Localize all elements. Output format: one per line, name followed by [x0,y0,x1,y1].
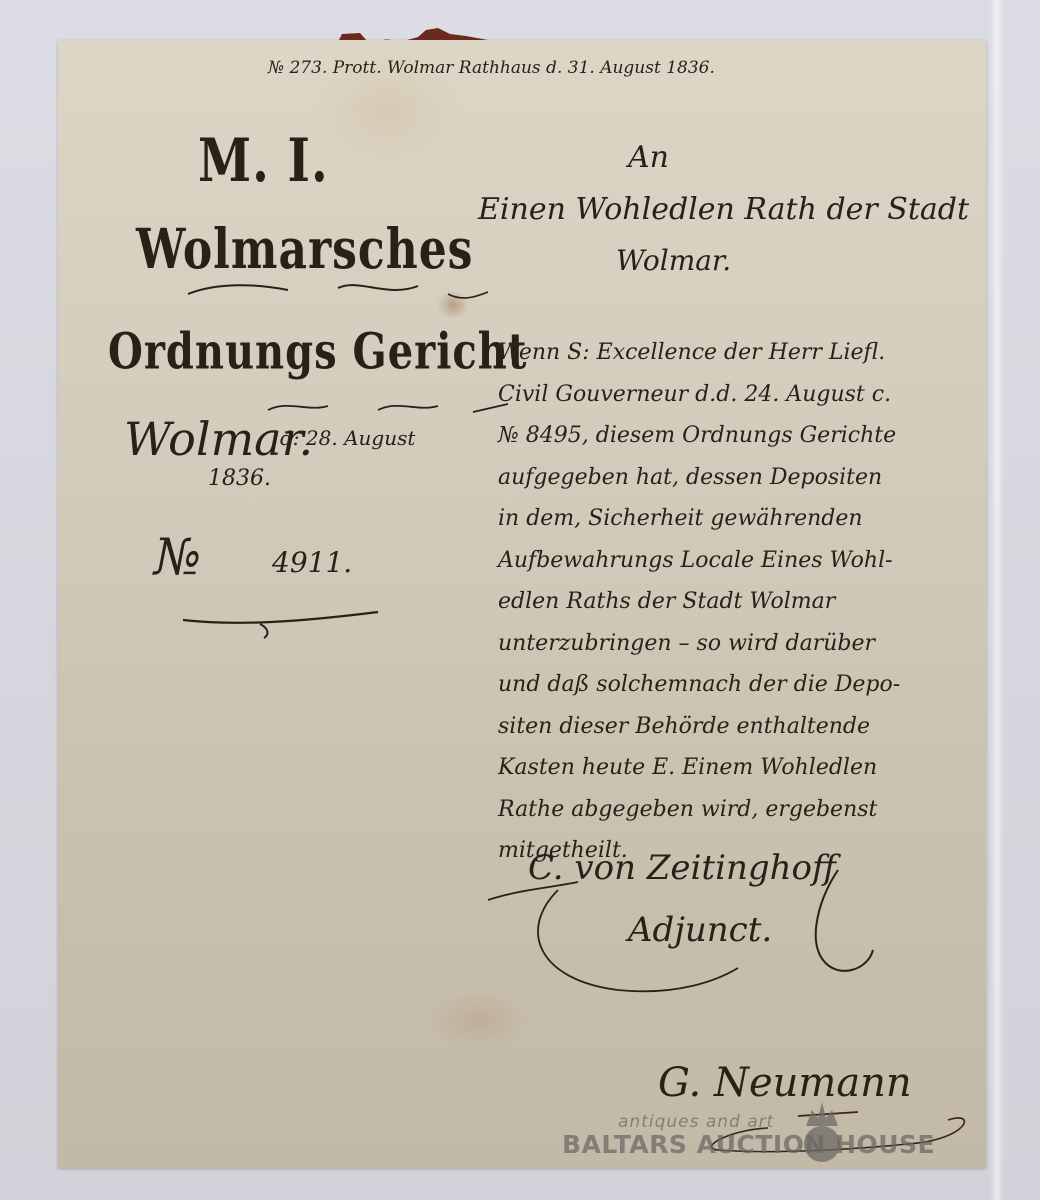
document-page: № 273. Prott. Wolmar Rathhaus d. 31. Aug… [58,40,986,1168]
body-line: Rathe abgegeben wird, ergebenst [498,797,998,839]
body-line: aufgegeben hat, dessen Depositen [498,465,998,507]
flourish-underline [178,610,388,640]
addressee-line-2: Wolmar. [616,244,731,277]
letterhead-number-sign: № [154,528,201,586]
letterhead-date: d: 28. August [280,426,415,450]
letterhead-year: 1836. [208,466,271,491]
body-line: Aufbewahrungs Locale Eines Wohl- [498,548,998,590]
signature-title-adjunct: Adjunct. [628,910,772,950]
signature-zeitinghoff: C. von Zeitinghoff [528,848,836,888]
letter-body: Wenn S: Excellence der Herr Liefl. Civil… [498,340,998,880]
body-line: siten dieser Behörde enthaltende [498,714,998,756]
body-line: Wenn S: Excellence der Herr Liefl. [498,340,998,382]
body-line: und daß solchemnach der die Depo- [498,672,998,714]
addressee-line-1: Einen Wohledlen Rath der Stadt [478,192,969,227]
letterhead-line-1: Wolmarsches [136,218,473,282]
body-line: in dem, Sicherheit gewährenden [498,506,998,548]
body-line: Civil Gouverneur d.d. 24. August c. [498,382,998,424]
body-line: Kasten heute E. Einem Wohledlen [498,755,998,797]
flourish-ornament-1 [178,276,498,306]
letterhead-initials: M. I. [198,126,329,196]
body-line: edlen Raths der Stadt Wolmar [498,589,998,631]
registry-note: № 273. Prott. Wolmar Rathhaus d. 31. Aug… [268,58,715,78]
letterhead-line-2: Ordnungs Gericht [108,322,527,381]
body-line: № 8495, diesem Ordnungs Gerichte [498,423,998,465]
letterhead-number: 4911. [272,546,352,579]
body-line: unterzubringen – so wird darüber [498,631,998,673]
salutation: An [628,140,669,175]
signature-flourish-2 [708,1100,988,1160]
